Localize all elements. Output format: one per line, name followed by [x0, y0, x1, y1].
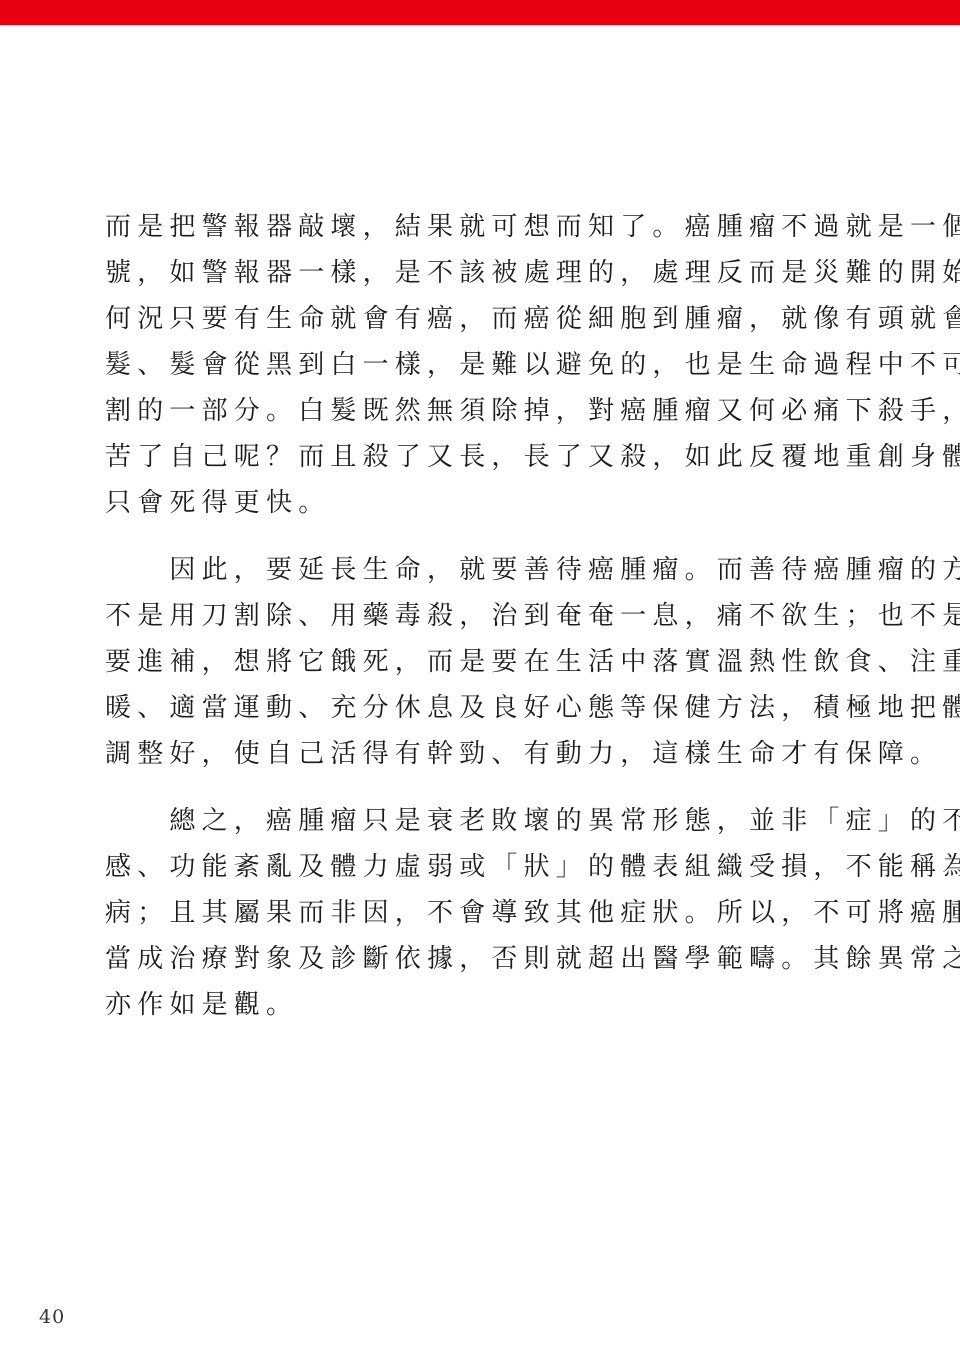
page-number: 40 [39, 1306, 65, 1328]
text-line: 不是用刀割除、用藥毒殺，治到奄奄一息，痛不欲生；也不是不 [105, 593, 865, 639]
text-line: 號，如警報器一樣，是不該被處理的，處理反而是災難的開始。 [105, 250, 865, 296]
text-line: 而是把警報器敲壞，結果就可想而知了。癌腫瘤不過就是一個訊 [105, 204, 865, 250]
text-line: 髮、髮會從黑到白一樣，是難以避免的，也是生命過程中不可切 [105, 342, 865, 388]
text-line: 病；且其屬果而非因，不會導致其他症狀。所以，不可將癌腫瘤 [105, 890, 865, 936]
text-line: 總之，癌腫瘤只是衰老敗壞的異常形態，並非「症」的不適 [105, 798, 865, 844]
page-body: 而是把警報器敲壞，結果就可想而知了。癌腫瘤不過就是一個訊 號，如警報器一樣，是不… [105, 204, 865, 1028]
paragraph-3: 總之，癌腫瘤只是衰老敗壞的異常形態，並非「症」的不適 感、功能紊亂及體力虛弱或「… [105, 798, 865, 1028]
text-line: 苦了自己呢？而且殺了又長，長了又殺，如此反覆地重創身體後， [105, 434, 865, 480]
text-line: 割的一部分。白髮既然無須除掉，對癌腫瘤又何必痛下殺手，而 [105, 388, 865, 434]
paragraph-1: 而是把警報器敲壞，結果就可想而知了。癌腫瘤不過就是一個訊 號，如警報器一樣，是不… [105, 204, 865, 526]
text-line: 調整好，使自己活得有幹勁、有動力，這樣生命才有保障。 [105, 731, 865, 777]
text-line: 只會死得更快。 [105, 480, 865, 526]
text-line: 感、功能紊亂及體力虛弱或「狀」的體表組織受損，不能稱為疾 [105, 844, 865, 890]
text-line: 暖、適當運動、充分休息及良好心態等保健方法，積極地把體力 [105, 685, 865, 731]
text-line: 何況只要有生命就會有癌，而癌從細胞到腫瘤，就像有頭就會有 [105, 296, 865, 342]
text-line: 要進補，想將它餓死，而是要在生活中落實溫熱性飲食、注重保 [105, 639, 865, 685]
paragraph-2: 因此，要延長生命，就要善待癌腫瘤。而善待癌腫瘤的方式， 不是用刀割除、用藥毒殺，… [105, 547, 865, 777]
top-accent-bar [0, 0, 960, 25]
text-line: 當成治療對象及診斷依據，否則就超出醫學範疇。其餘異常之果， [105, 936, 865, 982]
text-line: 亦作如是觀。 [105, 982, 865, 1028]
text-line: 因此，要延長生命，就要善待癌腫瘤。而善待癌腫瘤的方式， [105, 547, 865, 593]
